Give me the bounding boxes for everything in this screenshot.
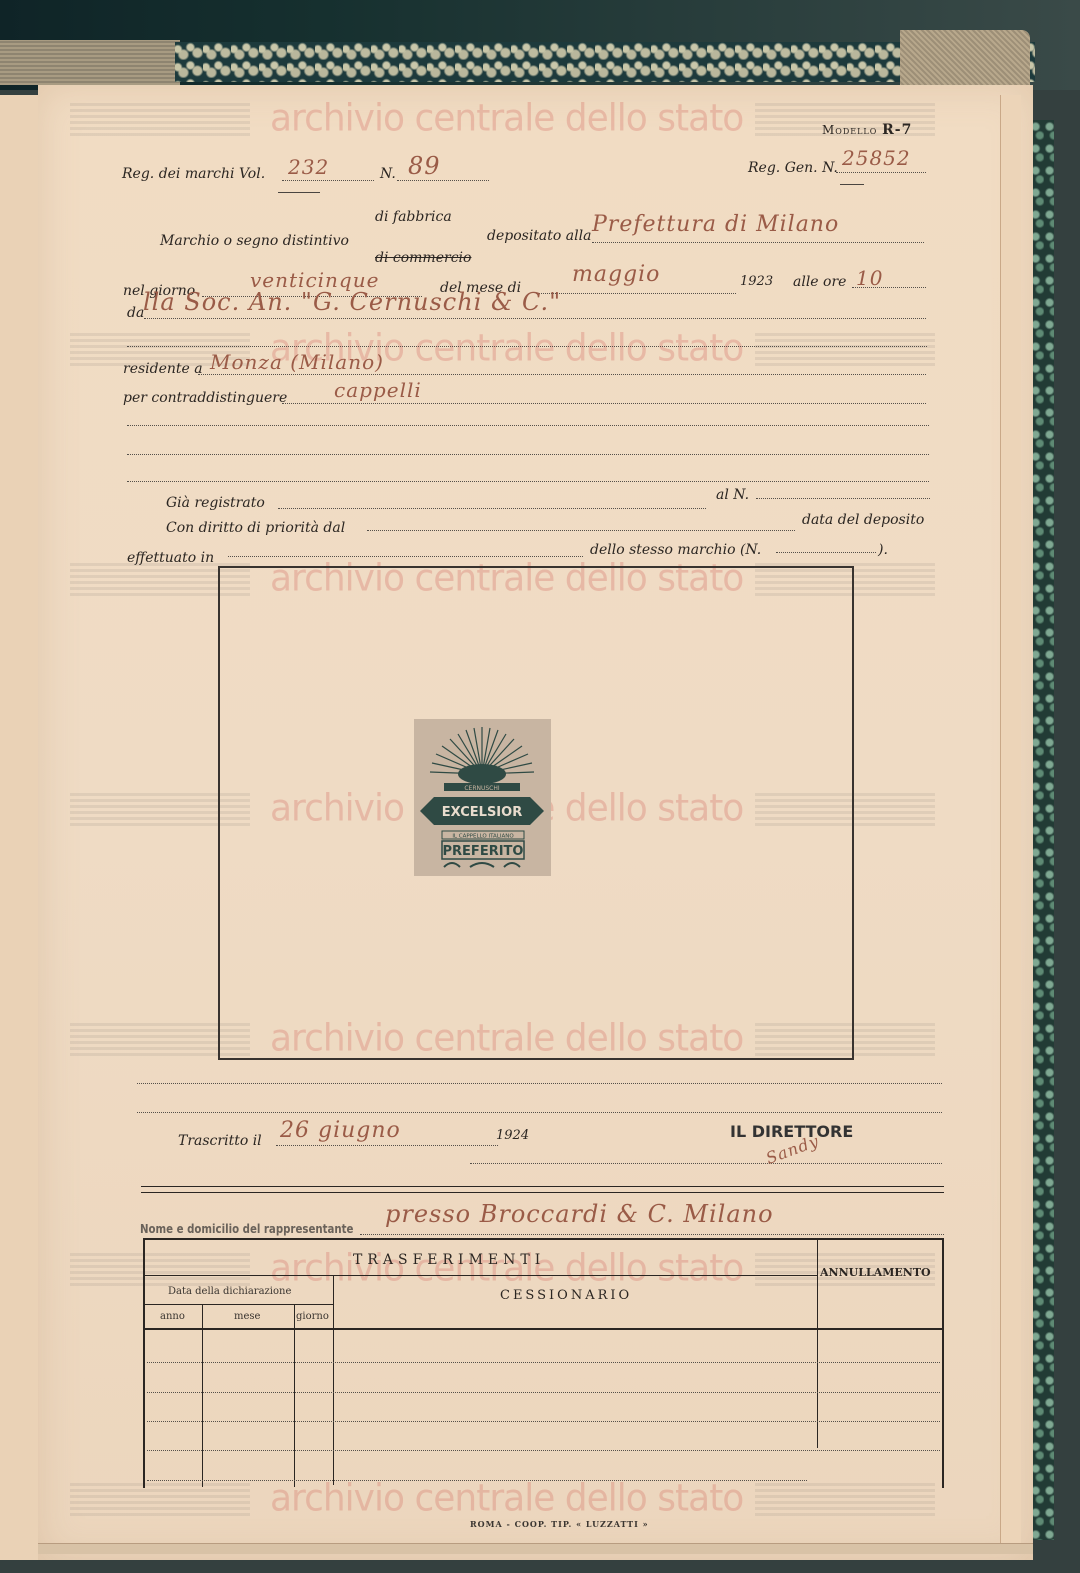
stesso-marchio-close: ).	[878, 542, 888, 558]
depositato-value[interactable]: Prefettura di Milano	[592, 212, 839, 237]
n-value[interactable]: 89	[408, 152, 441, 180]
binding-cloth-strip	[0, 40, 180, 85]
reg-gen-label: Reg. Gen. N.	[748, 160, 838, 176]
depositato-field-line	[592, 242, 924, 243]
trascritto-year: 1924	[496, 1128, 529, 1143]
data-deposito-label: data del deposito	[802, 512, 924, 528]
page-stack-edge	[1000, 95, 1021, 1550]
form-model-label: Modello R-7	[822, 122, 912, 138]
row-line	[147, 1480, 807, 1481]
col-anno-header: anno	[160, 1311, 185, 1322]
blank-line	[137, 1112, 942, 1113]
trascritto-field-line	[276, 1145, 498, 1146]
n-label: N.	[380, 166, 396, 182]
table-right-border	[942, 1238, 944, 1488]
marbled-cover-right-edge	[1030, 120, 1054, 1540]
residente-field-line	[198, 374, 926, 375]
row-line	[147, 1392, 940, 1393]
dalla-label: da	[127, 305, 144, 321]
depositato-label: depositato alla	[487, 228, 591, 244]
col-mese-header: mese	[234, 1311, 260, 1322]
rappresentante-field-line	[360, 1234, 944, 1235]
residente-value[interactable]: Monza (Milano)	[210, 350, 384, 374]
dalla-field-line	[144, 318, 926, 319]
table-top-border	[143, 1238, 943, 1240]
row-line	[147, 1450, 940, 1451]
mese-field-line	[536, 293, 736, 294]
effettuato-label: effettuato in	[127, 550, 214, 566]
al-n-label: al N.	[716, 487, 749, 503]
reg-gen-field-line	[836, 172, 926, 173]
page-stack-bottom	[38, 1543, 1033, 1554]
ore-label: alle ore	[793, 274, 846, 290]
printer-imprint: ROMA - COOP. TIP. « LUZZATTI »	[470, 1519, 649, 1529]
gia-registrato-label: Già registrato	[166, 495, 265, 511]
direttore-label: IL DIRETTORE	[730, 1122, 853, 1141]
blank-line	[127, 454, 929, 455]
mese-value[interactable]: maggio	[572, 262, 660, 287]
row-line	[147, 1362, 940, 1363]
rappresentante-label: Nome e domicilio del rappresentante	[140, 1222, 353, 1236]
stesso-marchio-label: dello stesso marchio (N.	[590, 542, 761, 558]
blank-line	[127, 425, 929, 426]
watermark-logo-icon	[755, 1480, 935, 1516]
anno-mese-divider	[202, 1304, 203, 1487]
trascritto-value[interactable]: 26 giugno	[280, 1118, 401, 1143]
marchio-label: Marchio o segno distintivo	[160, 233, 349, 249]
svg-text:CERNUSCHI: CERNUSCHI	[464, 785, 500, 792]
contraddistinguere-label: per contraddistinguere	[123, 390, 287, 406]
blank-line	[127, 346, 927, 347]
trasferimenti-title: TRASFERIMENTI	[353, 1252, 545, 1268]
watermark-logo-icon	[70, 1250, 250, 1286]
mese-giorno-divider	[294, 1304, 295, 1487]
reg-gen-value[interactable]: 25852	[842, 146, 911, 170]
priorita-field-line	[367, 530, 795, 531]
date-group-divider	[333, 1275, 334, 1485]
rappresentante-value[interactable]: presso Broccardi & C. Milano	[385, 1200, 774, 1228]
reg-gen-underline	[840, 184, 864, 185]
row-line	[147, 1421, 940, 1422]
watermark-logo-icon	[70, 1480, 250, 1516]
n-field-line	[397, 180, 489, 181]
header-bottom-border	[145, 1328, 942, 1330]
date-subheader-divider	[145, 1304, 333, 1305]
double-rule-top	[141, 1186, 944, 1187]
vol-field-line	[282, 180, 374, 181]
contraddistinguere-field-line	[282, 403, 926, 404]
dalla-value[interactable]: lla Soc. An. "G. Cernuschi & C."	[143, 288, 561, 316]
watermark-text: archivio centrale dello stato	[270, 1477, 743, 1520]
signature-line	[470, 1163, 942, 1164]
contraddistinguere-value[interactable]: cappelli	[334, 378, 422, 402]
cessionario-header: CESSIONARIO	[500, 1288, 632, 1303]
anno-value[interactable]: 1923	[740, 274, 773, 289]
blank-line	[127, 481, 929, 482]
residente-label: residente a	[123, 361, 203, 377]
di-fabbrica-option: di fabbrica	[375, 209, 452, 225]
col-giorno-header: giorno	[296, 1311, 329, 1322]
svg-text:IL CAPPELLO ITALIANO: IL CAPPELLO ITALIANO	[452, 834, 514, 840]
ore-value[interactable]: 10	[856, 266, 883, 290]
priorita-label: Con diritto di priorità dal	[166, 520, 345, 536]
svg-text:EXCELSIOR: EXCELSIOR	[442, 805, 522, 820]
title-divider	[145, 1275, 817, 1276]
vol-underline	[278, 192, 320, 193]
watermark-logo-icon	[70, 100, 250, 136]
blank-line	[137, 1083, 942, 1084]
annullamento-divider	[817, 1238, 818, 1448]
trascritto-label: Trascritto il	[178, 1133, 262, 1149]
al-n-field-line	[756, 498, 930, 499]
trademark-specimen[interactable]: CERNUSCHI EXCELSIOR IL CAPPELLO ITALIANO…	[414, 719, 551, 876]
watermark-text: archivio centrale dello stato	[270, 97, 743, 140]
double-rule-bottom	[141, 1192, 944, 1193]
annullamento-header: ANNULLAMENTO	[820, 1266, 931, 1279]
modello-label: Modello	[822, 123, 877, 137]
modello-code: R-7	[882, 122, 912, 138]
watermark-logo-icon	[755, 330, 935, 366]
previous-page-edge	[0, 95, 42, 1560]
di-commercio-option: di commercio	[375, 250, 471, 266]
gia-registrato-field-line	[278, 508, 706, 509]
stesso-marchio-field-line	[776, 552, 876, 553]
svg-text:PREFERITO: PREFERITO	[443, 844, 524, 859]
vol-value[interactable]: 232	[288, 155, 329, 179]
reg-marchi-label: Reg. dei marchi Vol.	[122, 166, 265, 182]
excelsior-hat-logo-icon: CERNUSCHI EXCELSIOR IL CAPPELLO ITALIANO…	[414, 719, 551, 876]
date-header: Data della dichiarazione	[168, 1286, 291, 1297]
effettuato-field-line	[228, 556, 583, 557]
